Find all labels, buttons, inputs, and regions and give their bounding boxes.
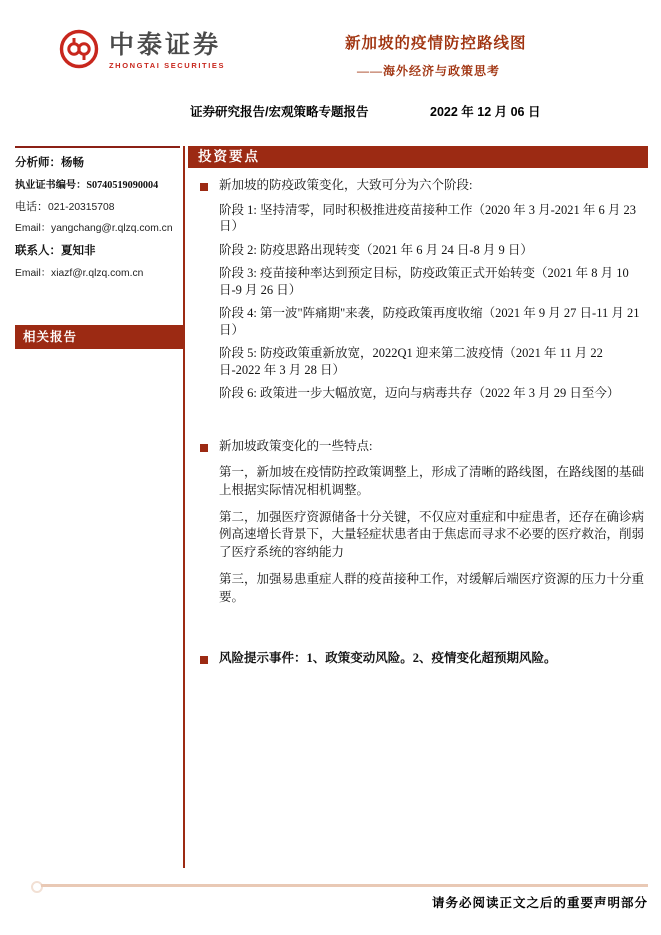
risk-warning-text: 风险提示事件：1、政策变动风险。2、疫情变化超预期风险。: [219, 650, 557, 668]
related-reports-header: 相关报告: [15, 325, 185, 349]
stage-line: 阶段 4: 第一波"阵痛期"来袭，防疫政策再度收缩（2021 年 9 月 27 …: [219, 305, 646, 338]
contact-email-line: Email：xiazf@r.qlzq.com.cn: [15, 268, 180, 280]
logo-name-cn: 中泰证券: [109, 33, 225, 58]
stage-line: 阶段 1: 坚持清零，同时积极推进疫苗接种工作（2020 年 3 月-2021 …: [219, 202, 646, 235]
email-label: Email：: [15, 223, 51, 234]
analyst-name: 杨畅: [61, 157, 84, 169]
bullet-item-features: 新加坡政策变化的一些特点:: [188, 438, 648, 456]
contact-name: 夏知非: [61, 245, 96, 257]
bullet-item-risk: 风险提示事件：1、政策变动风险。2、疫情变化超预期风险。: [188, 650, 648, 668]
bullet-square-icon: [200, 183, 208, 191]
contact-line: 联系人：夏知非: [15, 245, 180, 259]
report-page: { "colors": { "accent_dark_red": "#9c2a1…: [0, 0, 661, 935]
feature-list: 第一，新加坡在疫情防控政策调整上，形成了清晰的路线图，在路线图的基础上根据实际情…: [219, 464, 646, 606]
feature-paragraph: 第一，新加坡在疫情防控政策调整上，形成了清晰的路线图，在路线图的基础上根据实际情…: [219, 464, 646, 500]
phone-label: 电话：: [15, 201, 48, 213]
vertical-divider: [183, 146, 185, 868]
license-number: S0740519090004: [86, 180, 158, 191]
logo-text-block: 中泰证券 ZHONGTAI SECURITIES: [109, 33, 225, 70]
bullet-item-stages: 新加坡的防疫政策变化，大致可分为六个阶段:: [188, 177, 648, 195]
stage-line: 阶段 3: 疫苗接种率达到预定目标，防疫政策正式开始转变（2021 年 8 月 …: [219, 265, 646, 298]
analyst-line: 分析师：杨畅: [15, 157, 180, 171]
main-content: 投资要点 新加坡的防疫政策变化，大致可分为六个阶段: 阶段 1: 坚持清零，同时…: [188, 146, 648, 668]
bullet-square-icon: [200, 656, 208, 664]
footer-divider-line: [41, 884, 648, 887]
email-label: Email：: [15, 268, 51, 279]
analyst-email-line: Email：yangchang@r.qlzq.com.cn: [15, 223, 180, 235]
license-label: 执业证书编号：: [15, 180, 86, 191]
phone-number: 021-20315708: [48, 202, 114, 213]
analyst-label: 分析师：: [15, 157, 61, 169]
contact-email: xiazf@r.qlzq.com.cn: [51, 268, 143, 279]
report-title: 新加坡的疫情防控路线图: [345, 31, 527, 53]
zhongtai-logo-icon: [58, 28, 100, 75]
footer-line-end-circle: [31, 881, 43, 893]
feature-paragraph: 第三，加强易患重症人群的疫苗接种工作，对缓解后端医疗资源的压力十分重要。: [219, 571, 646, 607]
bullet-square-icon: [200, 444, 208, 452]
report-subtitle: ——海外经济与政策思考: [357, 62, 500, 79]
logo-name-en: ZHONGTAI SECURITIES: [109, 62, 225, 70]
report-date: 2022 年 12 月 06 日: [430, 102, 540, 120]
company-logo: 中泰证券 ZHONGTAI SECURITIES: [58, 28, 225, 75]
report-type: 证券研究报告/宏观策略专题报告: [190, 102, 368, 120]
bullet-intro: 新加坡政策变化的一些特点:: [219, 438, 372, 456]
phone-line: 电话：021-20315708: [15, 201, 180, 214]
stage-list: 阶段 1: 坚持清零，同时积极推进疫苗接种工作（2020 年 3 月-2021 …: [219, 202, 646, 402]
stage-line: 阶段 6: 政策进一步大幅放宽，迈向与病毒共存（2022 年 3 月 29 日至…: [219, 385, 646, 402]
footer-disclaimer: 请务必阅读正文之后的重要声明部分: [432, 893, 648, 911]
license-line: 执业证书编号：S0740519090004: [15, 180, 180, 192]
stage-line: 阶段 5: 防疫政策重新放宽，2022Q1 迎来第二波疫情（2021 年 11 …: [219, 345, 646, 378]
contact-label: 联系人：: [15, 245, 61, 257]
stage-line: 阶段 2: 防疫思路出现转变（2021 年 6 月 24 日-8 月 9 日）: [219, 242, 646, 259]
bullet-intro: 新加坡的防疫政策变化，大致可分为六个阶段:: [219, 177, 472, 195]
investment-highlights-header: 投资要点: [188, 146, 648, 168]
analyst-email: yangchang@r.qlzq.com.cn: [51, 223, 173, 234]
analyst-info-panel: 分析师：杨畅 执业证书编号：S0740519090004 电话：021-2031…: [15, 146, 180, 280]
feature-paragraph: 第二，加强医疗资源储备十分关键，不仅应对重症和中症患者，还存在确诊病例高速增长背…: [219, 509, 646, 562]
